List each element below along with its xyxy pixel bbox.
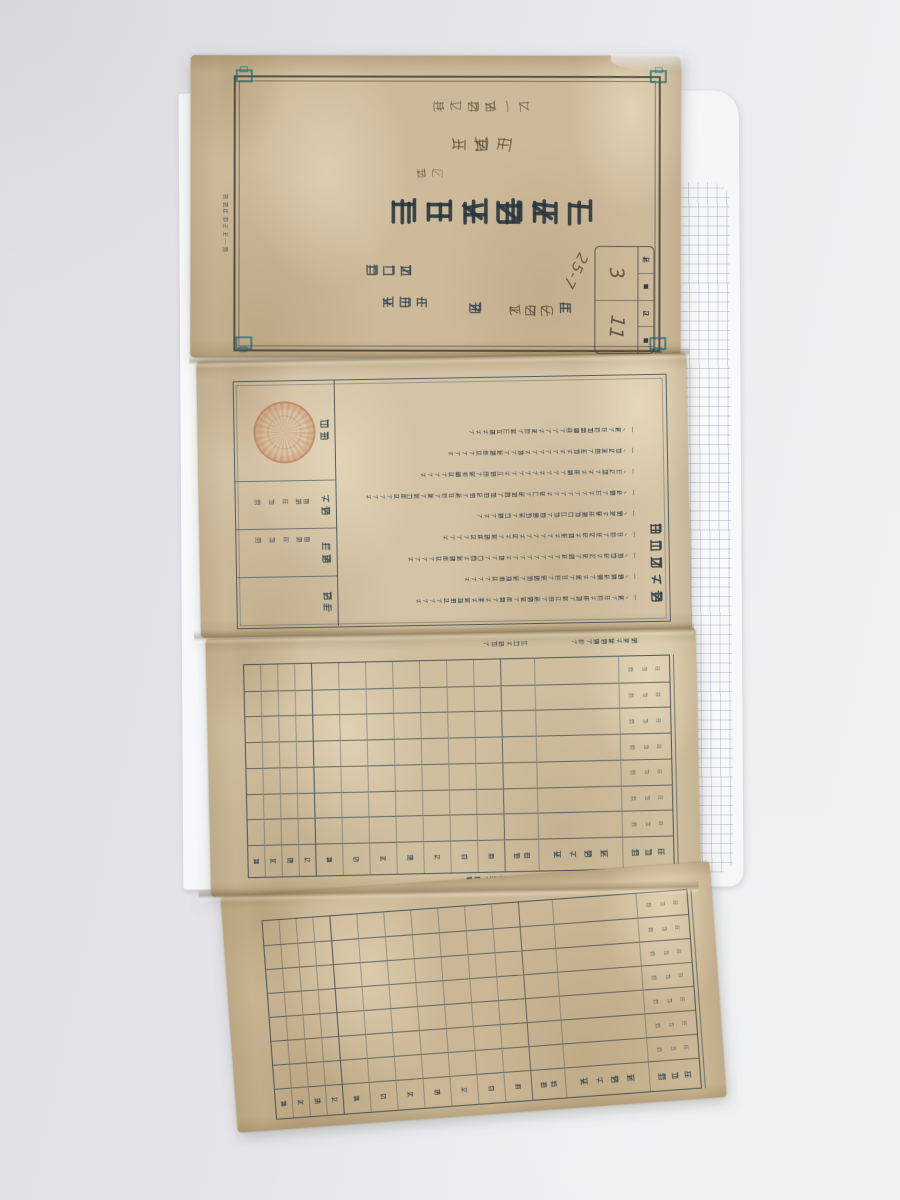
ledger-cell (299, 818, 317, 844)
ledger-cell (363, 984, 392, 1010)
ledger-cell (367, 713, 395, 739)
ledger-cell (324, 1060, 343, 1085)
ledger-cell (501, 659, 536, 685)
ledger-cell (297, 741, 315, 767)
ledger-cell (279, 690, 297, 716)
ledger-cell (416, 980, 445, 1006)
ledger-cell (420, 661, 448, 687)
ledger-cell (316, 817, 344, 843)
ledger-cell (336, 986, 365, 1012)
ledger-cell (395, 1054, 424, 1080)
issuer-name (365, 264, 412, 277)
ledger-cell (285, 991, 304, 1016)
ledger-cell (313, 689, 341, 715)
ledger-cell (299, 844, 317, 876)
ledger-cell (622, 784, 673, 811)
ledger-cell (364, 1008, 393, 1034)
ledger-cell (538, 811, 623, 839)
ledger-cell (369, 790, 397, 816)
cover-title (390, 197, 595, 227)
ledger-cell (303, 1013, 322, 1038)
ledger-cell (537, 760, 622, 788)
ledger-cell (621, 758, 672, 785)
ledger-cell (394, 687, 422, 713)
ledger-cell (263, 742, 281, 768)
ledger-cell (322, 1036, 341, 1061)
ledger-cell (504, 1070, 533, 1102)
ledger-cell (422, 1052, 451, 1078)
ledger-cell (447, 1026, 476, 1052)
ledger-cell (389, 982, 418, 1008)
ledger-cell (476, 762, 504, 788)
ledger-cell (261, 664, 279, 690)
deadline-date (255, 498, 310, 505)
ledger-cell (476, 736, 504, 762)
index-box-header-cell (638, 273, 653, 300)
notice-heading (649, 522, 663, 603)
notice-band-label (322, 591, 332, 613)
ledger-cell (424, 841, 452, 874)
notice-band-cell (234, 380, 336, 482)
ledger-cell (263, 767, 281, 793)
ledger-cell (279, 715, 297, 741)
ledger-cell (298, 941, 317, 966)
ledger-cell (478, 839, 506, 872)
ledger-cell (423, 815, 451, 841)
ledger-cell (271, 1040, 290, 1065)
notice-band-label (321, 542, 331, 564)
ledger-cell (339, 1034, 368, 1060)
ledger-cell (280, 741, 298, 767)
margin-note (571, 637, 638, 645)
ledger-cell (538, 785, 623, 813)
ledger-cell (290, 1062, 309, 1087)
ledger-cell (501, 1022, 530, 1048)
ledger-cell (450, 789, 478, 815)
ledger-cell (421, 686, 449, 712)
ledger-cell (438, 906, 467, 932)
ledger-cell (397, 1078, 426, 1110)
ledger-cell (531, 1067, 567, 1099)
ledger-cell (313, 916, 332, 941)
ledger-cell (368, 765, 396, 791)
passbook: 31125-7 (188, 51, 699, 1131)
ledger-cell (397, 815, 425, 841)
ledger-cell (529, 1044, 565, 1070)
ledger-cell (314, 740, 342, 766)
cover-page: 31125-7 (190, 55, 681, 358)
ledger-cell (522, 948, 558, 974)
ledger-cell (248, 819, 266, 845)
ledger-cell (621, 733, 672, 760)
ledger-cell (411, 908, 440, 934)
ledger-cell (423, 789, 451, 815)
ledger-cell (262, 716, 280, 742)
ledger-cell (341, 1058, 370, 1084)
ledger-cell (275, 1088, 294, 1119)
ledger-cell (472, 1000, 501, 1026)
ledger-cell (396, 790, 424, 816)
ledger-cell (619, 656, 670, 683)
ledger-cell (450, 1074, 479, 1106)
notice-page (196, 353, 691, 638)
ledger-cell (298, 792, 316, 818)
notice-panel (196, 353, 693, 638)
ledger-cell (297, 766, 315, 792)
ledger-cell (519, 900, 555, 926)
margin-note (484, 640, 528, 647)
ledger-page-2 (221, 861, 727, 1132)
ledger-cell (283, 967, 302, 992)
notice-band-cell (237, 575, 338, 628)
ledger-cell (281, 793, 299, 819)
corner-ornament-icon (235, 336, 252, 349)
notice-band-label (319, 419, 329, 441)
ledger-cell (465, 904, 494, 930)
ledger-cell (524, 972, 560, 998)
ledger-cell (449, 1050, 478, 1076)
ledger-cell (319, 988, 338, 1013)
ledger-table (243, 655, 675, 879)
ledger-cell (502, 684, 537, 710)
issuer-name (381, 296, 428, 309)
notice-band-cell (236, 527, 337, 578)
ledger-cell (395, 764, 423, 790)
ledger-cell (247, 793, 265, 819)
photo-of-passbook: FILE 31125-7 (0, 0, 900, 1200)
ledger-cell (279, 919, 298, 944)
ledger-cell (244, 665, 262, 691)
ledger-cell (620, 707, 671, 734)
ledger-cell (497, 974, 526, 1000)
ledger-cell (361, 960, 390, 986)
index-box-value-cell: 11 (595, 299, 637, 353)
ledger-cell (443, 978, 472, 1004)
corner-ornament-icon (236, 69, 253, 82)
ledger-cell (339, 662, 367, 688)
ledger-cell (332, 938, 361, 964)
ledger-cell (270, 1016, 289, 1041)
ledger-cell (265, 844, 283, 876)
ledger-cell (477, 1072, 506, 1104)
handwritten-name (450, 136, 513, 153)
ledger-cell (246, 768, 264, 794)
ledger-cell (370, 816, 398, 842)
ledger-cell (504, 813, 539, 839)
index-box-header-cell (638, 300, 653, 327)
ledger-cell (449, 763, 477, 789)
ledger-cell (503, 761, 538, 787)
ledger-cell (368, 739, 396, 765)
ledger-cell (281, 943, 300, 968)
ledger-cell (334, 962, 363, 988)
ledger-cell (440, 930, 469, 956)
ledger-cell (317, 964, 336, 989)
ledger-cell (326, 1084, 345, 1115)
ledger-cell (366, 1032, 395, 1058)
ledger-cell (300, 965, 319, 990)
ledger-cell (423, 1076, 452, 1108)
ledger-cell (296, 917, 315, 942)
ledger-cell (340, 714, 368, 740)
ledger-cell (315, 940, 334, 965)
ledger-cell (282, 844, 300, 876)
ledger-cell (280, 767, 298, 793)
ledger-cell (388, 958, 417, 984)
ledger-cell (248, 845, 266, 877)
number-handwritten (508, 304, 553, 317)
ledger-cell (474, 1024, 503, 1050)
ledger-panel-2 (221, 861, 729, 1132)
ledger-cell (343, 842, 371, 875)
ledger-cell (288, 1038, 307, 1063)
ledger-cell (330, 914, 359, 940)
torn-corner (611, 54, 683, 72)
ledger-cell (266, 968, 285, 993)
ledger-cell (296, 715, 314, 741)
ledger-cell (341, 740, 369, 766)
ledger-cell (492, 902, 521, 928)
ledger-cell (474, 659, 502, 685)
ledger-cell (287, 1014, 306, 1039)
ledger-cell (536, 708, 621, 736)
ledger-cell (264, 944, 283, 969)
ledger-cell (313, 714, 341, 740)
ledger-cell (393, 1030, 422, 1056)
ledger-cell (505, 839, 540, 872)
ledger-cell (475, 685, 503, 711)
ledger-cell (494, 926, 523, 952)
colophon (223, 193, 229, 252)
ledger-cell (263, 920, 282, 945)
ledger-cell (622, 810, 673, 837)
ledger-cell (312, 663, 340, 689)
ledger-cell (302, 989, 321, 1014)
number-prefix (558, 301, 572, 315)
ledger-cell (265, 819, 283, 845)
ledger-cell (521, 924, 557, 950)
ledger-cell (391, 1006, 420, 1032)
ledger-cell (467, 928, 496, 954)
ledger-cell (393, 661, 421, 687)
ledger-cell (470, 976, 499, 1002)
ledger-cell (366, 662, 394, 688)
ledger-cell (273, 1064, 292, 1089)
ledger-cell (245, 716, 263, 742)
ledger-cell (477, 788, 505, 814)
ledger-cell (359, 936, 388, 962)
ledger-cell (394, 713, 422, 739)
ledger-cell (449, 737, 477, 763)
ledger-cell (422, 763, 450, 789)
ledger-cell (340, 688, 368, 714)
handwritten-flourish (416, 168, 443, 179)
ledger-page-1 (205, 628, 701, 897)
notice-band-label (321, 494, 331, 516)
ledger-table (261, 889, 702, 1120)
ledger-cell (341, 765, 369, 791)
ledger-cell (475, 711, 503, 737)
ledger-cell (445, 1002, 474, 1028)
ledger-cell (337, 1010, 366, 1036)
deadline-date (255, 536, 310, 543)
ledger-cell (451, 840, 479, 873)
ledger-cell (343, 817, 371, 843)
ledger-cell (264, 793, 282, 819)
ledger-cell (268, 992, 287, 1017)
ledger-cell (386, 934, 415, 960)
ledger-cell (418, 1004, 447, 1030)
ledger-cell (413, 932, 442, 958)
ledger-cell (504, 787, 539, 813)
ledger-cell (368, 1056, 397, 1082)
ledger-cell (420, 1028, 449, 1054)
ledger-cell (305, 1037, 324, 1062)
ledger-cell (282, 818, 300, 844)
ledger-cell (343, 1082, 372, 1114)
ledger-cell (649, 1058, 701, 1092)
ledger-cell (278, 664, 296, 690)
handwritten-address (433, 100, 531, 113)
ledger-cell (397, 841, 425, 874)
ledger-cell (620, 681, 671, 708)
cover-panel: 31125-7 (190, 55, 683, 358)
ledger-cell (448, 686, 476, 712)
index-box-header-cell (638, 247, 653, 273)
ledger-cell (246, 742, 264, 768)
ledger-cell (476, 1048, 505, 1074)
ledger-cell (342, 791, 370, 817)
ledger-cell (537, 734, 622, 762)
ledger-cell (499, 998, 528, 1024)
ledger-panel-1 (205, 628, 703, 897)
ledger-cell (307, 1061, 326, 1086)
ledger-cell (295, 664, 313, 690)
number-suffix (468, 301, 482, 315)
index-box-value-cell: 3 (595, 247, 637, 300)
ledger-cell (528, 1020, 564, 1046)
ledger-cell (536, 682, 621, 710)
ledger-cell (370, 1080, 399, 1112)
ledger-cell (448, 711, 476, 737)
ledger-cell (415, 956, 444, 982)
ledger-cell (384, 910, 413, 936)
ledger-cell (315, 792, 343, 818)
index-box: 311 (594, 246, 654, 354)
ledger-cell (296, 689, 314, 715)
ledger-cell (357, 912, 386, 938)
ledger-cell (422, 738, 450, 764)
ledger-cell (292, 1086, 311, 1117)
ledger-cell (503, 736, 538, 762)
ledger-cell (309, 1085, 328, 1116)
ledger-cell (395, 738, 423, 764)
ledger-cell (502, 1046, 531, 1072)
ledger-cell (320, 1012, 339, 1037)
ledger-cell (526, 996, 562, 1022)
ledger-cell (421, 712, 449, 738)
ledger-cell (539, 837, 624, 871)
ledger-cell (535, 657, 620, 685)
ledger-cell (447, 660, 475, 686)
ledger-cell (502, 710, 537, 736)
ledger-cell (477, 814, 505, 840)
ledger-cell (245, 691, 263, 717)
ledger-cell (495, 950, 524, 976)
ledger-cell (314, 766, 342, 792)
notice-bottom-table (234, 379, 339, 627)
ledger-cell (469, 952, 498, 978)
ledger-cell (442, 954, 471, 980)
ledger-cell (367, 688, 395, 714)
ledger-cell (370, 842, 398, 875)
ledger-cell (565, 1061, 651, 1097)
ledger-cell (262, 690, 280, 716)
ledger-cell (450, 814, 478, 840)
ledger-cell (316, 843, 344, 876)
